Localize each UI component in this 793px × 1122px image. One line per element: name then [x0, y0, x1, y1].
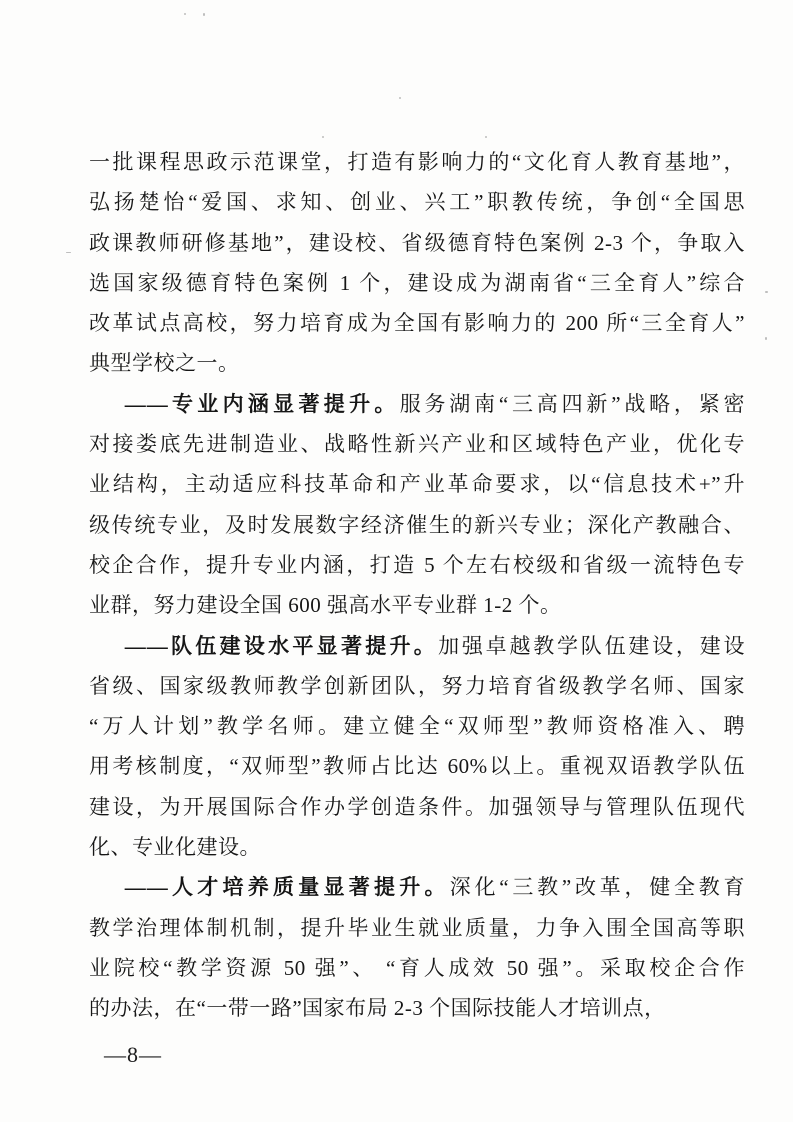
text-line: 用考核制度，“双师型”教师占比达 60%以上。重视双语教学队伍	[89, 746, 745, 786]
line-text: 省级、国家级教师教学创新团队，努力培育省级教学名师、国家	[89, 674, 745, 698]
text-line: 建设，为开展国际合作办学创造条件。加强领导与管理队伍现代	[89, 787, 745, 827]
text-line: 业院校“教学资源 50 强”、 “育人成效 50 强”。采取校企合作	[89, 948, 745, 988]
line-text: 服务湖南“三高四新”战略，紧密	[400, 392, 745, 416]
document-body: 一批课程思政示范课堂，打造有影响力的“文化育人教育基地”，弘扬楚怡“爱国、求知、…	[89, 142, 745, 1029]
text-line: 省级、国家级教师教学创新团队，努力培育省级教学名师、国家	[89, 666, 745, 706]
line-text: 校企合作，提升专业内涵，打造 5 个左右校级和省级一流特色专	[89, 553, 745, 577]
line-text: 对接娄底先进制造业、战略性新兴产业和区域特色产业，优化专	[89, 432, 745, 456]
line-text: 的办法，在“一带一路”国家布局 2-3 个国际技能人才培训点，	[89, 996, 666, 1020]
line-text: 加强卓越教学队伍建设，建设	[438, 634, 745, 658]
scan-speck	[765, 337, 767, 340]
scan-speck	[765, 291, 768, 293]
text-line: ——人才培养质量显著提升。深化“三教”改革，健全教育	[89, 867, 745, 907]
document-page: 一批课程思政示范课堂，打造有影响力的“文化育人教育基地”，弘扬楚怡“爱国、求知、…	[0, 0, 793, 1122]
text-line: 政课教师研修基地”，建设校、省级德育特色案例 2-3 个，争取入	[89, 223, 745, 263]
line-text: 建设，为开展国际合作办学创造条件。加强领导与管理队伍现代	[89, 795, 745, 819]
text-line: 的办法，在“一带一路”国家布局 2-3 个国际技能人才培训点，	[89, 988, 745, 1028]
paragraph-lead: ——专业内涵显著提升。	[125, 392, 400, 416]
scan-speck	[184, 13, 186, 15]
line-text: 业院校“教学资源 50 强”、 “育人成效 50 强”。采取校企合作	[89, 956, 745, 980]
text-line: 业群，努力建设全国 600 强高水平专业群 1-2 个。	[89, 585, 745, 625]
text-line: 校企合作，提升专业内涵，打造 5 个左右校级和省级一流特色专	[89, 545, 745, 585]
text-line: 弘扬楚怡“爱国、求知、创业、兴工”职教传统，争创“全国思	[89, 182, 745, 222]
text-line: 一批课程思政示范课堂，打造有影响力的“文化育人教育基地”，	[89, 142, 745, 182]
scan-speck	[322, 136, 324, 138]
text-line: 对接娄底先进制造业、战略性新兴产业和区域特色产业，优化专	[89, 424, 745, 464]
line-text: 政课教师研修基地”，建设校、省级德育特色案例 2-3 个，争取入	[89, 231, 745, 255]
line-text: 深化“三教”改革，健全教育	[450, 875, 745, 899]
text-line: ——队伍建设水平显著提升。加强卓越教学队伍建设，建设	[89, 626, 745, 666]
text-line: “万人计划”教学名师。建立健全“双师型”教师资格准入、聘	[89, 706, 745, 746]
page-number: —8—	[104, 1042, 162, 1068]
text-line: 典型学校之一。	[89, 343, 745, 383]
line-text: 改革试点高校，努力培育成为全国有影响力的 200 所“三全育人”	[89, 311, 745, 335]
scan-speck	[203, 13, 205, 16]
line-text: 业群，努力建设全国 600 强高水平专业群 1-2 个。	[89, 593, 562, 617]
text-line: 改革试点高校，努力培育成为全国有影响力的 200 所“三全育人”	[89, 303, 745, 343]
text-line: 教学治理体制机制，提升毕业生就业质量，力争入围全国高等职	[89, 908, 745, 948]
scan-speck	[399, 97, 401, 99]
line-text: 弘扬楚怡“爱国、求知、创业、兴工”职教传统，争创“全国思	[89, 190, 745, 214]
line-text: 教学治理体制机制，提升毕业生就业质量，力争入围全国高等职	[89, 916, 745, 940]
line-text: 一批课程思政示范课堂，打造有影响力的“文化育人教育基地”，	[89, 150, 745, 174]
line-text: 业结构，主动适应科技革命和产业革命要求，以“信息技术+”升	[89, 472, 745, 496]
line-text: 化、专业化建设。	[89, 835, 261, 859]
text-line: 化、专业化建设。	[89, 827, 745, 867]
line-text: “万人计划”教学名师。建立健全“双师型”教师资格准入、聘	[89, 714, 745, 738]
text-line: 级传统专业，及时发展数字经济催生的新兴专业；深化产教融合、	[89, 505, 745, 545]
text-line: 业结构，主动适应科技革命和产业革命要求，以“信息技术+”升	[89, 464, 745, 504]
line-text: 用考核制度，“双师型”教师占比达 60%以上。重视双语教学队伍	[89, 754, 745, 778]
scan-speck	[485, 136, 487, 138]
paragraph-lead: ——队伍建设水平显著提升。	[125, 634, 438, 658]
text-line: 选国家级德育特色案例 1 个，建设成为湖南省“三全育人”综合	[89, 263, 745, 303]
text-line: ——专业内涵显著提升。服务湖南“三高四新”战略，紧密	[89, 384, 745, 424]
line-text: 选国家级德育特色案例 1 个，建设成为湖南省“三全育人”综合	[89, 271, 745, 295]
line-text: 典型学校之一。	[89, 351, 240, 375]
scan-speck	[66, 252, 71, 253]
paragraph-lead: ——人才培养质量显著提升。	[125, 875, 450, 899]
line-text: 级传统专业，及时发展数字经济催生的新兴专业；深化产教融合、	[89, 513, 745, 537]
